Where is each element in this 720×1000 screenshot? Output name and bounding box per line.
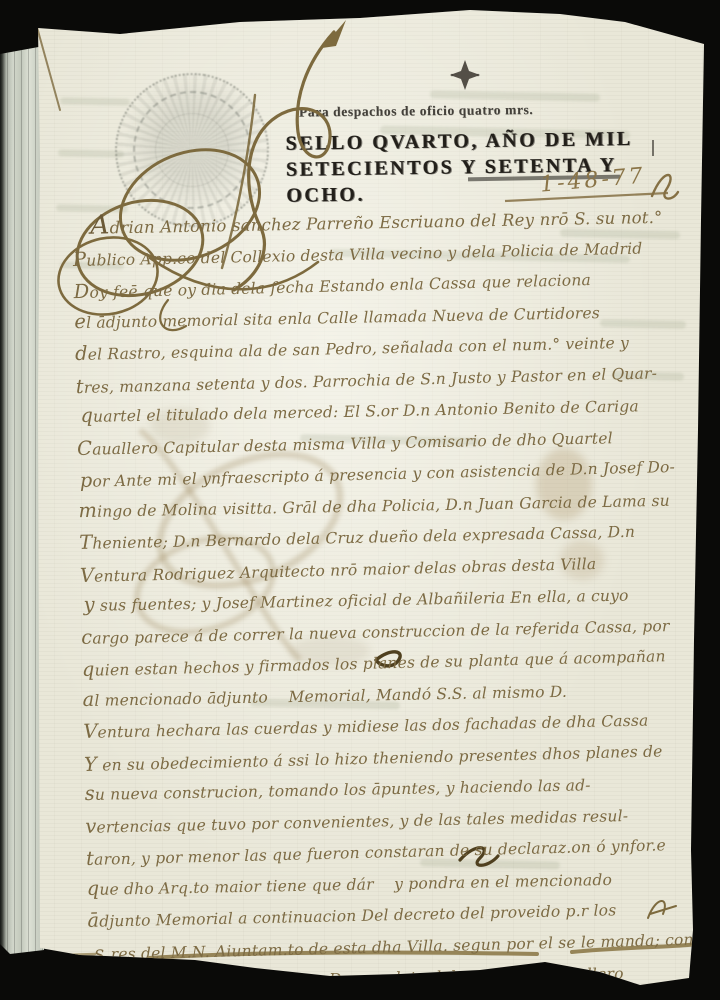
scanned-document-page: Para despachos de oficio quatro mrs. SEL… — [0, 0, 720, 1000]
manuscript-lines: Adrian Antonio sanchez Parreño Escriuano… — [72, 198, 720, 1000]
manuscript-line: lo que se concluyó este Acto; De mandato… — [89, 956, 720, 1000]
manuscript-sheet: Para despachos de oficio quatro mrs. SEL… — [0, 0, 720, 1000]
ink-bleed — [430, 90, 600, 102]
book-page-edges — [0, 46, 44, 954]
ink-bleed — [60, 97, 130, 105]
sello-line-1: SELLO QVARTO, AÑO DE MIL — [285, 125, 685, 157]
stray-print-mark — [652, 140, 654, 156]
printed-fee-line: Para despachos de oficio quatro mrs. — [299, 102, 579, 121]
